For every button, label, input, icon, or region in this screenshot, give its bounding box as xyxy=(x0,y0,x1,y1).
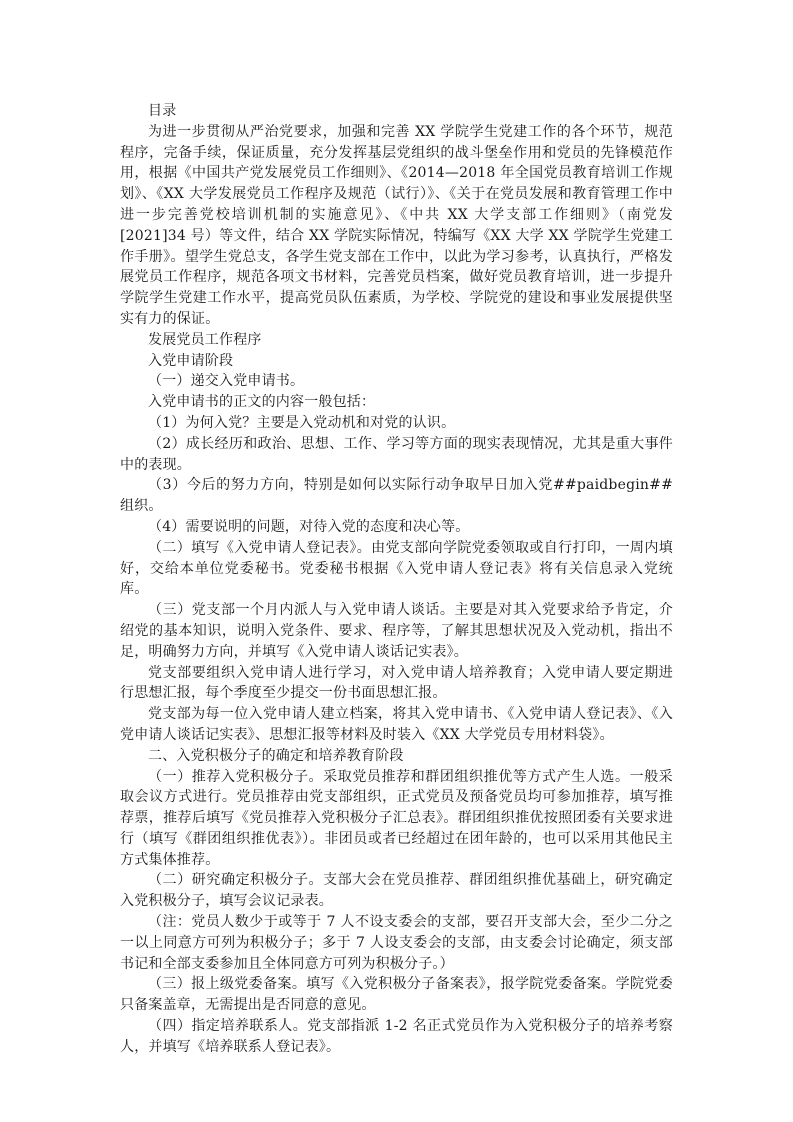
paragraph: 党支部要组织入党申请人进行学习，对入党申请人培养教育；入党申请人要定期进行思想汇… xyxy=(120,663,673,705)
paragraph: （三）报上级党委备案。填写《入党积极分子备案表》，报学院党委备案。学院党委只备案… xyxy=(120,974,673,1016)
paragraph: （二）填写《入党申请人登记表》。由党支部向学院党委领取或自行打印，一周内填好，交… xyxy=(120,538,673,600)
paragraph: （二）研究确定积极分子。支部大会在党员推荐、群团组织推优基础上，研究确定入党积极… xyxy=(120,870,673,912)
intro-paragraph: 为进一步贯彻从严治党要求，加强和完善 XX 学院学生党建工作的各个环节，规范程序… xyxy=(120,122,673,330)
paragraph: （一）递交入党申请书。 xyxy=(120,371,673,392)
toc-heading: 目录 xyxy=(120,101,673,122)
document-page: 目录 为进一步贯彻从严治党要求，加强和完善 XX 学院学生党建工作的各个环节，规… xyxy=(120,101,673,1058)
section-title-procedure: 发展党员工作程序 xyxy=(120,330,673,351)
paragraph: 党支部为每一位入党申请人建立档案，将其入党申请书、《入党申请人登记表》、《入党申… xyxy=(120,704,673,746)
list-item: （2）成长经历和政治、思想、工作、学习等方面的现实表现情况，尤其是重大事件中的表… xyxy=(120,434,673,476)
list-item: （3）今后的努力方向，特别是如何以实际行动争取早日加入党##paidbegin#… xyxy=(120,475,673,517)
paragraph: （一）推荐入党积极分子。采取党员推荐和群团组织推优等方式产生人选。一般采取会议方… xyxy=(120,767,673,871)
section-title-activist: 二、入党积极分子的确定和培养教育阶段 xyxy=(120,746,673,767)
paragraph: （四）指定培养联系人。党支部指派 1-2 名正式党员作为入党积极分子的培养考察人… xyxy=(120,1016,673,1058)
note-paragraph: （注：党员人数少于或等于 7 人不设支委会的支部，要召开支部大会，至少二分之一以… xyxy=(120,912,673,974)
paragraph: （三）党支部一个月内派人与入党申请人谈话。主要是对其入党要求给予肯定，介绍党的基… xyxy=(120,600,673,662)
list-item: （1）为何入党？主要是入党动机和对党的认识。 xyxy=(120,413,673,434)
stage-title-application: 入党申请阶段 xyxy=(120,351,673,372)
paragraph: 入党申请书的正文的内容一般包括： xyxy=(120,392,673,413)
list-item: （4）需要说明的问题，对待入党的态度和决心等。 xyxy=(120,517,673,538)
